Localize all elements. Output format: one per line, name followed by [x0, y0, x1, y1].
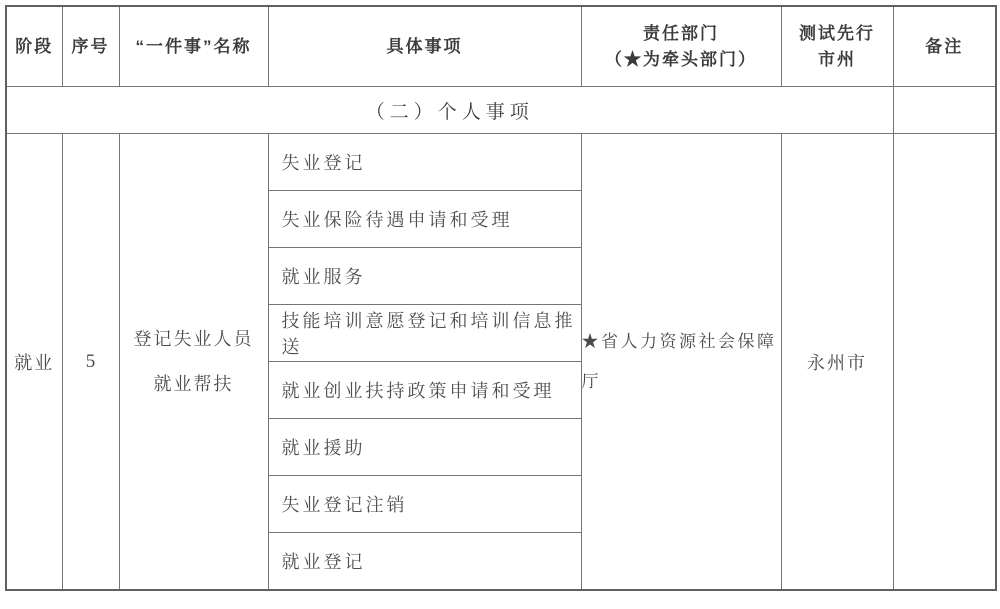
header-department-line2: （★为牵头部门） — [582, 47, 781, 73]
header-city-line2: 市州 — [782, 47, 893, 73]
item-cell-8: 就业登记 — [268, 533, 581, 591]
header-number: 序号 — [62, 6, 119, 87]
matters-table: 阶段 序号 “一件事”名称 具体事项 责任部门 （★为牵头部门） 测试先行 市州… — [5, 5, 997, 591]
section-row: （二）个人事项 — [6, 87, 996, 134]
header-department: 责任部门 （★为牵头部门） — [581, 6, 781, 87]
department-cell: ★省人力资源社会保障厅 — [581, 134, 781, 591]
item-cell-3: 就业服务 — [268, 248, 581, 305]
number-cell: 5 — [62, 134, 119, 591]
header-city-line1: 测试先行 — [782, 21, 893, 47]
header-row: 阶段 序号 “一件事”名称 具体事项 责任部门 （★为牵头部门） 测试先行 市州… — [6, 6, 996, 87]
item-cell-1: 失业登记 — [268, 134, 581, 191]
name-line1: 登记失业人员 — [120, 317, 268, 361]
header-city: 测试先行 市州 — [781, 6, 893, 87]
section-remark-cell — [893, 87, 996, 134]
item-cell-5: 就业创业扶持政策申请和受理 — [268, 362, 581, 419]
name-cell: 登记失业人员 就业帮扶 — [119, 134, 268, 591]
remark-cell — [893, 134, 996, 591]
table-row: 就业 5 登记失业人员 就业帮扶 失业登记 ★省人力资源社会保障厅 永州市 — [6, 134, 996, 191]
item-cell-7: 失业登记注销 — [268, 476, 581, 533]
city-cell: 永州市 — [781, 134, 893, 591]
section-title-cell: （二）个人事项 — [6, 87, 893, 134]
item-cell-4: 技能培训意愿登记和培训信息推送 — [268, 305, 581, 362]
header-name: “一件事”名称 — [119, 6, 268, 87]
item-cell-6: 就业援助 — [268, 419, 581, 476]
header-items: 具体事项 — [268, 6, 581, 87]
header-department-line1: 责任部门 — [582, 21, 781, 47]
name-line2: 就业帮扶 — [120, 362, 268, 406]
header-stage: 阶段 — [6, 6, 62, 87]
item-cell-2: 失业保险待遇申请和受理 — [268, 191, 581, 248]
stage-cell: 就业 — [6, 134, 62, 591]
header-remark: 备注 — [893, 6, 996, 87]
